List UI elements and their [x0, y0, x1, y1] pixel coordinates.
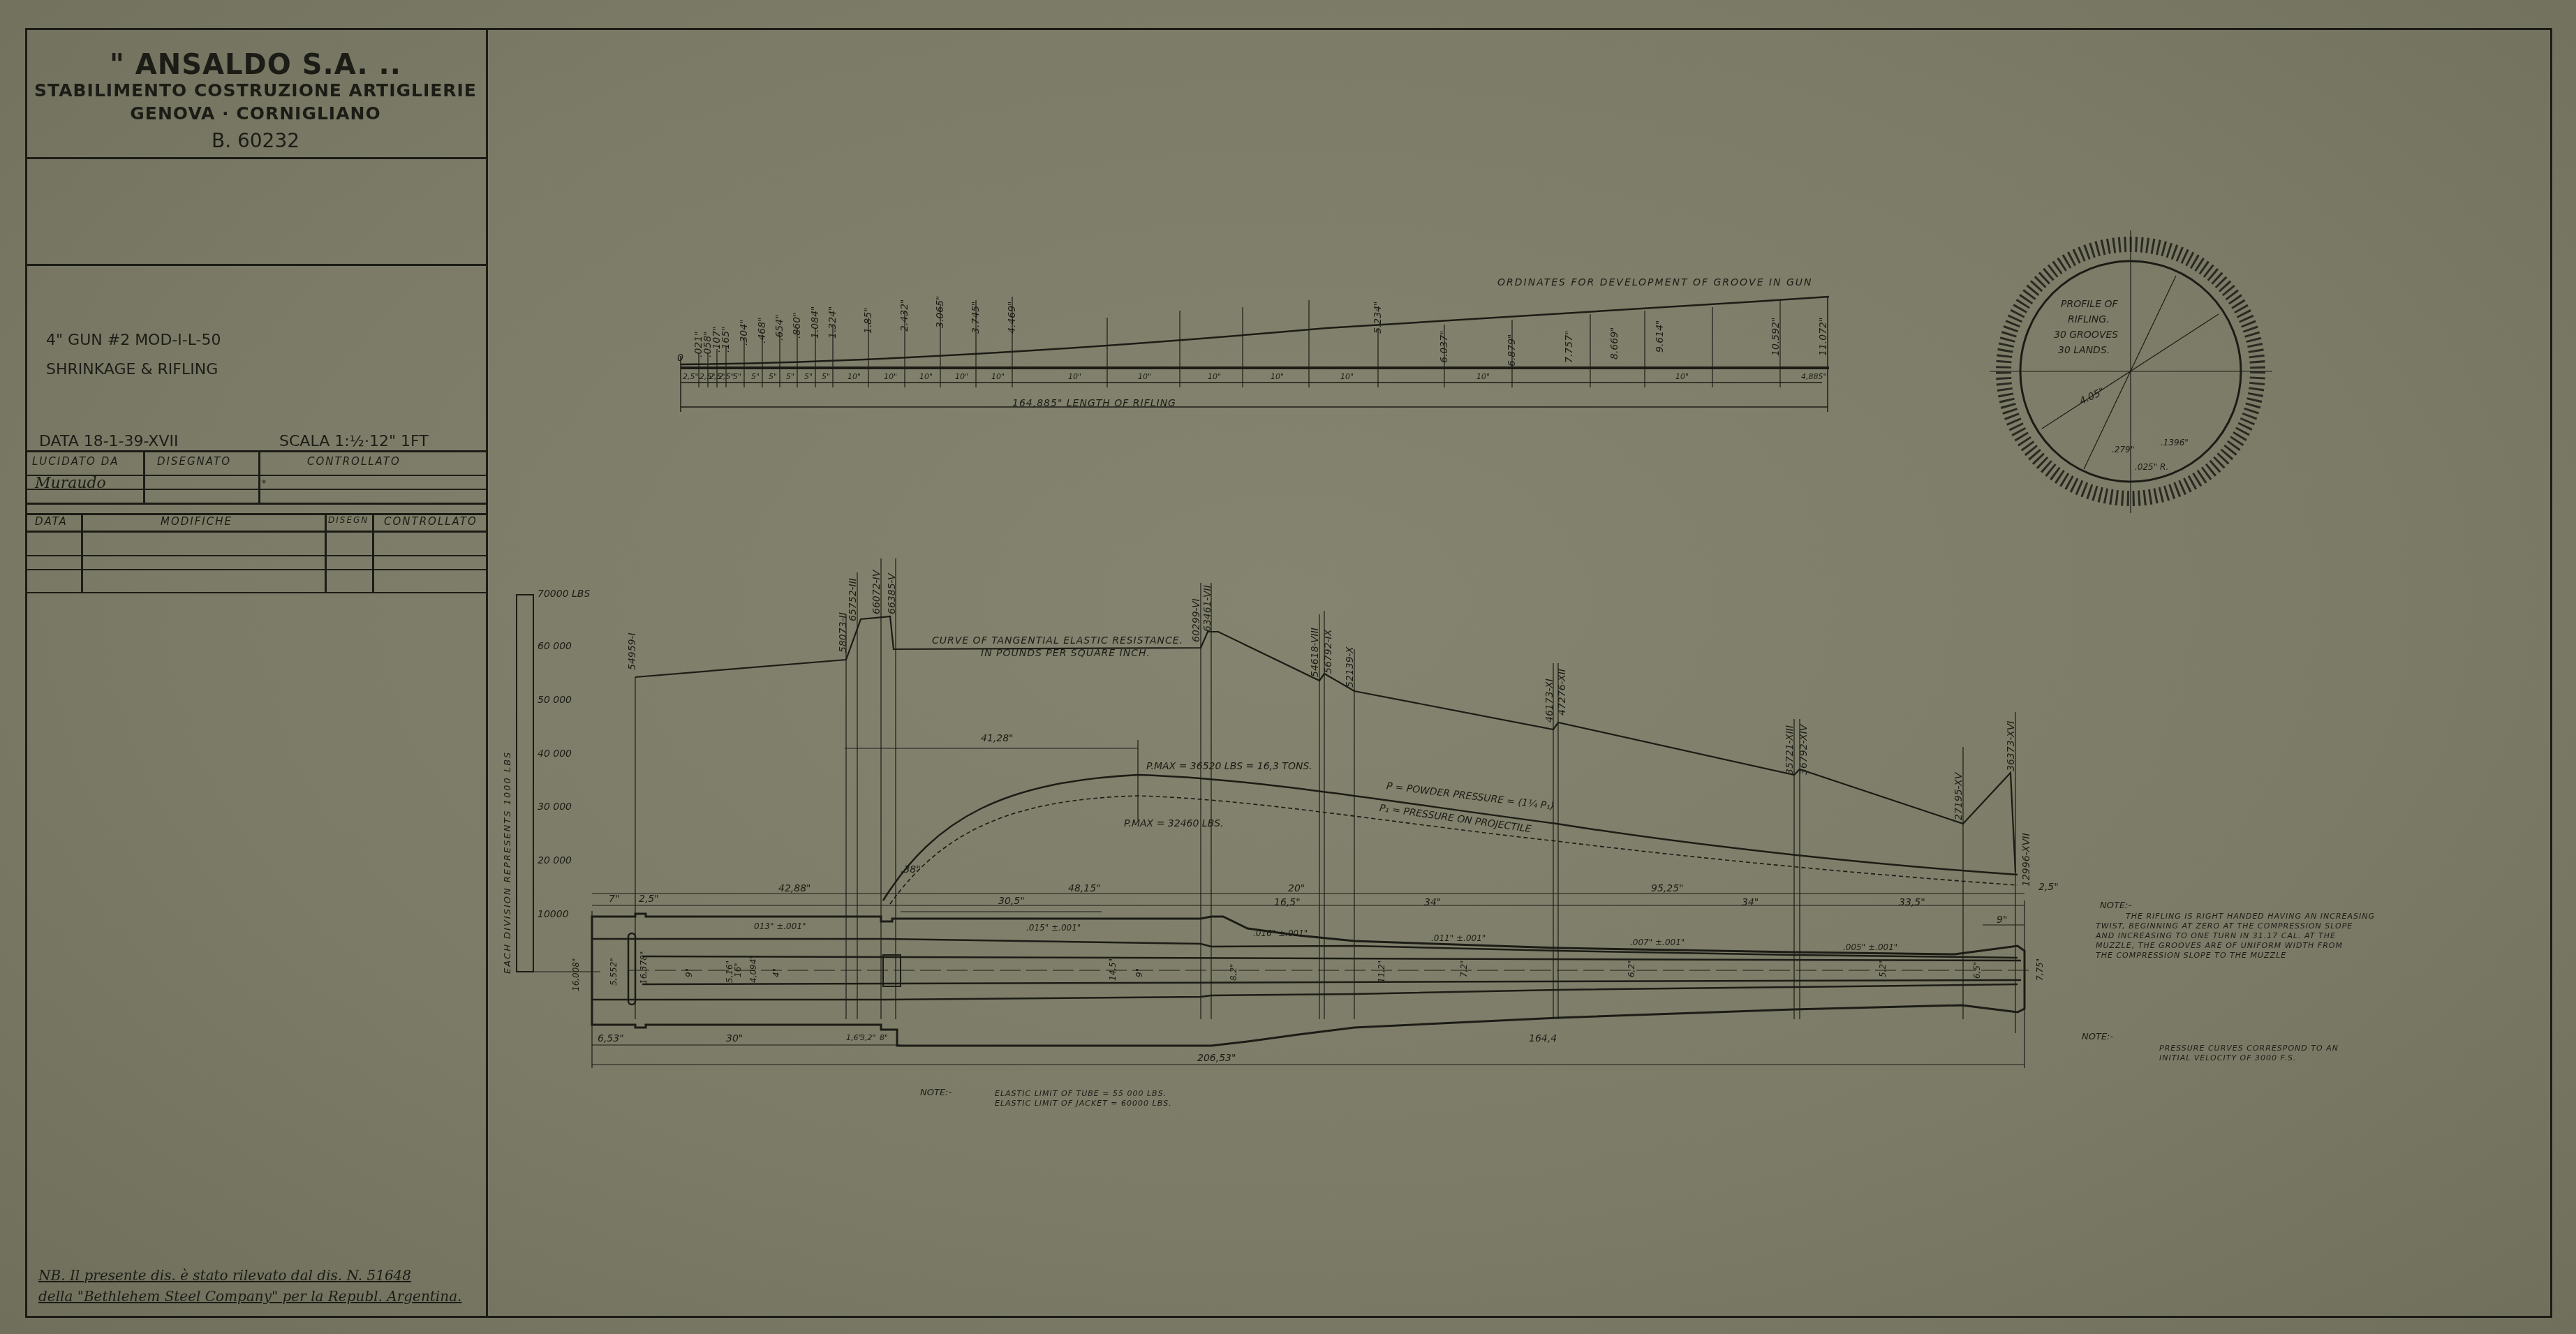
ordinate-label: 8.669"	[1609, 327, 1620, 360]
ordinate-label: 6.037"	[1439, 330, 1450, 363]
note-line: AND INCREASING TO ONE TURN IN 31.17 CAL.…	[2096, 931, 2336, 940]
spacing-label: 5"	[751, 372, 760, 381]
spacing-label: 10"	[1138, 372, 1151, 381]
dim-label: 3,2"	[860, 1033, 876, 1042]
shrink-label: .016" ±.001"	[1253, 928, 1308, 938]
spacing-label: 10"	[1340, 372, 1354, 381]
dim-label: 30,5"	[998, 896, 1025, 907]
dim-label: 16,5"	[1274, 897, 1301, 908]
spacing-label: 10"	[1675, 372, 1689, 381]
note-line: ELASTIC LIMIT OF TUBE = 55 000 LBS.	[995, 1089, 1167, 1098]
ordinate-label: .860"	[792, 312, 803, 339]
dim-label: 206,53"	[1197, 1053, 1236, 1064]
note-line: MUZZLE, THE GROOVES ARE OF UNIFORM WIDTH…	[2096, 941, 2343, 950]
ordinate-label: 3.745"	[970, 301, 982, 334]
ordinate-label: 9.614"	[1655, 320, 1666, 353]
station-label: 36373-XVI	[2006, 721, 2017, 771]
diameter-label: 7,75"	[2035, 958, 2045, 981]
spacing-label: 10"	[1271, 372, 1284, 381]
station-label: 63461-VII	[1202, 585, 1213, 632]
pmax-distance: 41,28"	[981, 733, 1014, 744]
dim-label: 2,5"	[639, 894, 659, 905]
diameter-label: 9"	[1134, 968, 1144, 977]
linework	[0, 0, 2576, 1334]
note-title: NOTE:-	[2082, 1032, 2113, 1042]
diameter-label: 7,2"	[1459, 960, 1469, 977]
dim-label: 8"	[880, 1033, 888, 1042]
spacing-label: 10"	[1476, 372, 1490, 381]
spacing-label: 2,5"	[718, 372, 734, 381]
station-label: 35721-XIII	[1784, 725, 1796, 775]
scale-tick: 20 000	[538, 855, 572, 866]
ordinate-label: .654"	[774, 314, 785, 341]
scale-title: EACH DIVISION REPRESENTS 1000 LBS	[503, 751, 513, 974]
ordinate-label: .468"	[757, 317, 768, 343]
dim-label: 2,5"	[2038, 882, 2059, 893]
station-label: 27195-XV	[1953, 773, 1964, 820]
origin-label: 0	[677, 353, 683, 364]
dim-label: 7"	[609, 894, 619, 905]
ordinate-label: 3.065"	[935, 295, 946, 328]
diameter-label: 16"	[733, 963, 743, 977]
station-label: 66385-V	[887, 573, 898, 614]
diameter-label: 4"	[771, 968, 781, 977]
diameter-label: 8,2"	[1229, 963, 1238, 981]
ordinate-label: 1.084"	[810, 306, 821, 339]
dim-label: 33,5"	[1899, 897, 1925, 908]
station-label: 46173-XI	[1544, 679, 1555, 722]
dim-label: 95,25"	[1651, 883, 1684, 894]
powder-pressure-max: P.MAX = 36520 LBS = 16,3 TONS.	[1146, 761, 1312, 772]
note-title: NOTE:-	[920, 1088, 952, 1098]
spacing-label: 5"	[769, 372, 777, 381]
ordinate-label: 6.879"	[1507, 334, 1518, 366]
shrink-label: .007" ±.001"	[1630, 937, 1685, 947]
spacing-label: 5"	[804, 372, 813, 381]
ordinate-label: 2.432"	[899, 299, 910, 332]
diameter-label: 6,5"	[1972, 961, 1982, 979]
profile-text: PROFILE OF	[2061, 299, 2118, 310]
station-label: 56792-IX	[1323, 630, 1334, 674]
dim-label: 20"	[1288, 883, 1305, 894]
ordinate-label: 11.072"	[1818, 318, 1829, 356]
spacing-label: 10"	[991, 372, 1005, 381]
elastic-curve-title: CURVE OF TANGENTIAL ELASTIC RESISTANCE.	[932, 635, 1183, 646]
station-label: 65752-III	[847, 578, 859, 621]
dim-label: 34"	[1742, 897, 1759, 908]
station-label: 12996-XVII	[2021, 833, 2032, 887]
land-width: .279"	[2112, 445, 2134, 454]
dim-label: 48,15"	[1068, 883, 1101, 894]
ordinate-label: 4.469"	[1007, 301, 1018, 334]
ordinate-label: .165"	[720, 326, 732, 353]
note-line: THE RIFLING IS RIGHT HANDED HAVING AN IN…	[2126, 912, 2375, 921]
dim-label: 9"	[1997, 914, 2007, 926]
diameter-label: 16,008"	[571, 958, 581, 991]
ordinate-label: .304"	[739, 319, 750, 346]
ordinate-label: 1.324"	[827, 306, 838, 339]
station-label: 47276-XII	[1557, 669, 1568, 716]
shrink-label: .015" ±.001"	[1026, 923, 1081, 933]
dim-label: 30"	[726, 1033, 743, 1044]
note-line: ELASTIC LIMIT OF JACKET = 60000 LBS.	[995, 1099, 1172, 1108]
diameter-label: 16,378"	[639, 951, 649, 984]
spacing-label: 10"	[847, 372, 861, 381]
ordinate-label: 10.592"	[1770, 318, 1782, 356]
station-label: 54618-VIII	[1310, 628, 1321, 677]
diameter-label: 5,2"	[1878, 960, 1888, 977]
spacing-label: 5"	[822, 372, 830, 381]
diameter-label: 4,094"	[748, 955, 758, 983]
ordinate-label: 1.85"	[863, 307, 874, 334]
spacing-label: 10"	[919, 372, 933, 381]
spacing-label: 10"	[955, 372, 968, 381]
dim-label: 42,88"	[778, 883, 811, 894]
spacing-label: 10"	[1068, 372, 1081, 381]
spacing-label: 10"	[884, 372, 897, 381]
note-title: NOTE:-	[2100, 901, 2131, 911]
dim-label: 164,4	[1529, 1033, 1557, 1044]
spacing-label: 5"	[733, 372, 741, 381]
projectile-pressure-max: P.MAX = 32460 LBS.	[1124, 818, 1224, 829]
ordinate-label: 5.234"	[1372, 301, 1384, 334]
dim-label: .38"	[901, 864, 921, 875]
note-line: THE COMPRESSION SLOPE TO THE MUZZLE	[2096, 951, 2286, 960]
spacing-label: 4,885"	[1801, 372, 1827, 381]
shrink-label: 013" ±.001"	[754, 921, 806, 931]
shrink-label: .011" ±.001"	[1431, 933, 1486, 943]
shrink-label: .005" ±.001"	[1843, 942, 1897, 952]
diameter-label: 11,2"	[1377, 961, 1386, 983]
note-line: TWIST, BEGINNING AT ZERO AT THE COMPRESS…	[2096, 921, 2353, 931]
profile-text: RIFLING.	[2068, 314, 2110, 325]
profile-text: 30 LANDS.	[2058, 345, 2110, 356]
scale-tick: 70000 LBS	[538, 588, 590, 600]
dim-label: 6,53"	[598, 1033, 624, 1044]
spacing-label: 2,5"	[683, 372, 699, 381]
diameter-label: 9"	[684, 968, 694, 977]
diameter-label: 6,2"	[1627, 960, 1636, 977]
groove-development-title: ORDINATES FOR DEVELOPMENT OF GROOVE IN G…	[1497, 277, 1813, 288]
groove-width: .1396"	[2161, 438, 2189, 447]
rifling-length-label: 164,885" LENGTH OF RIFLING	[1012, 398, 1176, 409]
groove-radius: .025" R.	[2135, 462, 2168, 472]
profile-text: 30 GROOVES	[2054, 329, 2118, 341]
elastic-curve-subtitle: IN POUNDS PER SQUARE INCH.	[981, 648, 1150, 659]
station-label: 52139-X	[1345, 646, 1356, 688]
ordinate-label: 7.757"	[1564, 330, 1575, 363]
note-line: PRESSURE CURVES CORRESPOND TO AN	[2159, 1044, 2339, 1053]
station-label: 36792-XIV	[1798, 725, 1809, 775]
spacing-label: 5"	[786, 372, 794, 381]
scale-tick: 50 000	[538, 695, 572, 706]
diameter-label: 14,5"	[1108, 958, 1118, 981]
dim-label: 34"	[1424, 897, 1441, 908]
scale-tick: 10000	[538, 909, 569, 920]
scale-tick: 30 000	[538, 801, 572, 813]
station-label: 60299-VI	[1191, 598, 1202, 642]
scale-tick: 40 000	[538, 748, 572, 759]
note-line: INITIAL VELOCITY OF 3000 F.S.	[2159, 1053, 2296, 1062]
diameter-label: 5,16"	[725, 961, 734, 983]
diameter-label: 5,552"	[609, 958, 619, 986]
station-label: 54959-I	[627, 632, 638, 670]
scale-tick: 60 000	[538, 641, 572, 652]
spacing-label: 10"	[1208, 372, 1221, 381]
station-label: 66072-IV	[871, 570, 882, 614]
